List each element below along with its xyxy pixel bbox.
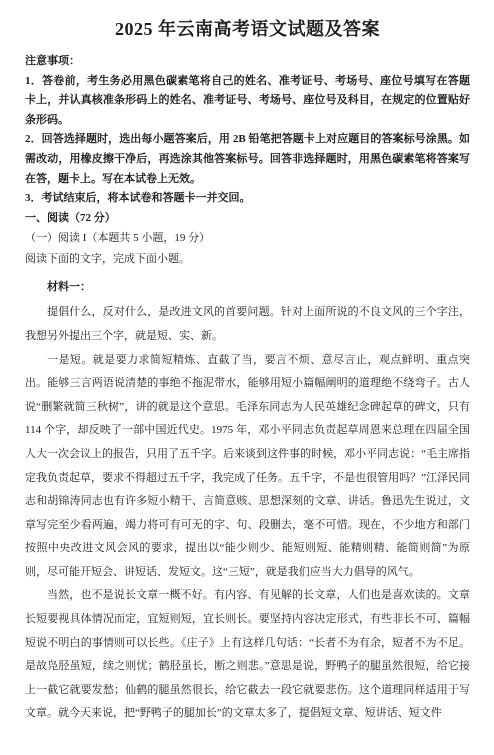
exam-paper-page: 2025 年云南高考语文试题及答案 注意事项： 1．答卷前，考生务必用黑色碳素笔… [0,0,494,755]
section-heading-reading: 一、阅读（72 分） [25,209,470,229]
material-paragraph-3: 当然，也不是说长文章一概不好。有内容、有见解的长文章，人们也是喜欢读的。文章长短… [25,584,470,726]
reading-instruction: 阅读下面的文字，完成下面小题。 [25,249,470,270]
notice-item-1: 1．答卷前，考生务必用黑色碳素笔将自己的姓名、准考证号、考场号、座位号填写在答题… [25,72,470,131]
notice-heading: 注意事项： [25,52,470,72]
subsection-heading-reading-1: （一）阅读 I（本题共 5 小题，19 分） [25,228,470,249]
notice-section: 注意事项： 1．答卷前，考生务必用黑色碳素笔将自己的姓名、准考证号、考场号、座位… [25,52,470,209]
notice-item-2: 2．回答选择题时，选出每小题答案后，用 2B 铅笔把答题卡上对应题目的答案标号涂… [25,130,470,189]
material-label: 材料一： [25,275,470,299]
material-paragraph-2: 一是短。就是要力求简短精炼、直截了当，要言不烦、意尽言止，观点鲜明、重点突出。能… [25,349,470,585]
material-paragraph-1: 提倡什么，反对什么，是改进文风的首要问题。针对上面所说的不良文风的三个字注，我想… [25,301,470,348]
notice-item-3: 3．考试结束后，将本试卷和答题卡一并交回。 [25,189,470,209]
page-title: 2025 年云南高考语文试题及答案 [25,16,470,42]
